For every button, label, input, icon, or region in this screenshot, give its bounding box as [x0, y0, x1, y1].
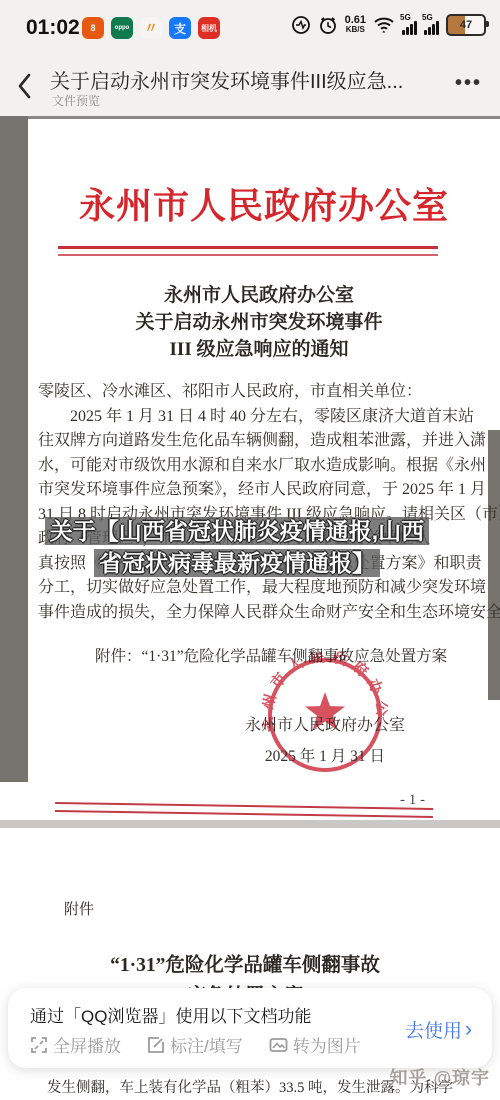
signal-bars-sim2: 5G: [424, 15, 439, 35]
sheet-actions: 全屏播放 标注/填写 转为图片: [30, 1032, 361, 1057]
annotate-fill-button[interactable]: 标注/填写: [147, 1032, 243, 1057]
document-body: 零陵区、冷水滩区、祁阳市人民政府，市直相关单位： 2025 年 1 月 31 日…: [38, 380, 478, 625]
body-line: 水，可能对市级饮用水源和自来水厂取水造成影响。根据《永州: [38, 454, 478, 479]
page-number: - 1 -: [400, 792, 425, 809]
use-now-button[interactable]: 去使用 ›: [405, 1016, 472, 1043]
viewer-right-margin: [488, 430, 500, 700]
back-chevron-icon: [16, 72, 32, 100]
notification-app-icons: 8 oppo 〃 支 相机: [82, 17, 220, 39]
battery-percent: 47: [460, 19, 472, 31]
page2-attachment-label: 附件: [64, 898, 94, 919]
caption-line1: 关于【山西省冠状肺炎疫情通报,山西: [45, 517, 429, 545]
document-title-line2: 关于启动永州市突发环境事件: [28, 309, 490, 336]
wifi-icon: [373, 15, 395, 35]
document-sign-date: 2025 年 1 月 31 日: [150, 744, 500, 766]
caption-overlay: 关于【山西省冠状肺炎疫情通报,山西 省冠状病毒最新疫情通报】: [0, 517, 474, 581]
action-label: 标注/填写: [170, 1032, 243, 1057]
status-indicators: 0.61 KB/S 5G 5G 47: [291, 14, 486, 36]
page2-title-line1: “1·31”危险化学品罐车侧翻事故: [0, 950, 490, 981]
body-line: 零陵区、冷水滩区、祁阳市人民政府，市直相关单位：: [38, 380, 478, 405]
body-line: 市突发环境事件应急预案》，经市人民政府同意，于 2025 年 1 月: [38, 478, 478, 503]
battery-icon: 47: [446, 14, 486, 36]
caption-line2: 省冠状病毒最新疫情通报】: [94, 549, 380, 577]
network-speed: 0.61 KB/S: [345, 15, 366, 35]
data-sync-icon: [291, 15, 311, 35]
more-menu-button[interactable]: •••: [455, 72, 482, 95]
qq-browser-bottom-sheet: 通过「QQ浏览器」使用以下文档功能 去使用 › 全屏播放 标注/填写: [8, 988, 492, 1068]
app-icon-red: 相机: [198, 17, 220, 39]
nav-bar: 关于启动永州市突发环境事件III级应急... 文件预览 •••: [0, 56, 500, 117]
sheet-headline: 通过「QQ浏览器」使用以下文档功能: [30, 1002, 311, 1027]
page-title: 关于启动永州市突发环境事件III级应急...: [50, 65, 403, 94]
body-line: 往双牌方向道路发生危化品车辆侧翻，造成粗苯泄露，并进入潇: [38, 429, 478, 454]
body-line: 2025 年 1 月 31 日 4 时 40 分左右，零陵区康济大道首末站: [38, 405, 478, 430]
clock-time: 01:02: [26, 16, 80, 40]
document-title-line3: III 级应急响应的通知: [28, 336, 490, 363]
document-signer: 永州市人民政府办公室: [150, 712, 500, 735]
letterhead-double-rule: [58, 246, 438, 256]
page-divider: [0, 820, 500, 828]
document-title-line1: 永州市人民政府办公室: [28, 282, 490, 309]
convert-to-image-button[interactable]: 转为图片: [269, 1032, 361, 1057]
screen: 01:02 8 oppo 〃 支 相机 0.61 KB/S: [0, 0, 500, 1100]
app-icon-oppo: oppo: [111, 17, 133, 39]
watermark: 知乎 @琼宇: [389, 1064, 490, 1090]
app-icon-stripes: 〃: [140, 17, 162, 39]
body-line: 事件造成的损失，全力保障人民群众生命财产安全和生态环境安全。: [38, 601, 478, 626]
app-icon-alipay: 支: [169, 17, 191, 39]
action-label: 转为图片: [293, 1032, 361, 1057]
app-icon-orange: 8: [82, 17, 104, 39]
image-icon: [269, 1036, 288, 1054]
document-title: 永州市人民政府办公室 关于启动永州市突发环境事件 III 级应急响应的通知: [28, 282, 490, 363]
viewer-left-margin: [0, 116, 28, 782]
status-bar: 01:02 8 oppo 〃 支 相机 0.61 KB/S: [0, 0, 500, 56]
fullscreen-icon: [30, 1036, 48, 1054]
signal-bars-sim1: 5G: [402, 15, 417, 35]
back-button[interactable]: [16, 70, 42, 102]
fullscreen-play-button[interactable]: 全屏播放: [30, 1032, 121, 1057]
annotate-pen-icon: [147, 1036, 165, 1054]
document-letterhead: 永州市人民政府办公室: [28, 178, 500, 229]
action-label: 全屏播放: [53, 1032, 121, 1057]
viewer-top-gap: [0, 116, 500, 119]
alarm-clock-icon: [318, 15, 338, 35]
page-subtitle: 文件预览: [52, 92, 100, 109]
chevron-right-icon: ›: [465, 1020, 472, 1039]
